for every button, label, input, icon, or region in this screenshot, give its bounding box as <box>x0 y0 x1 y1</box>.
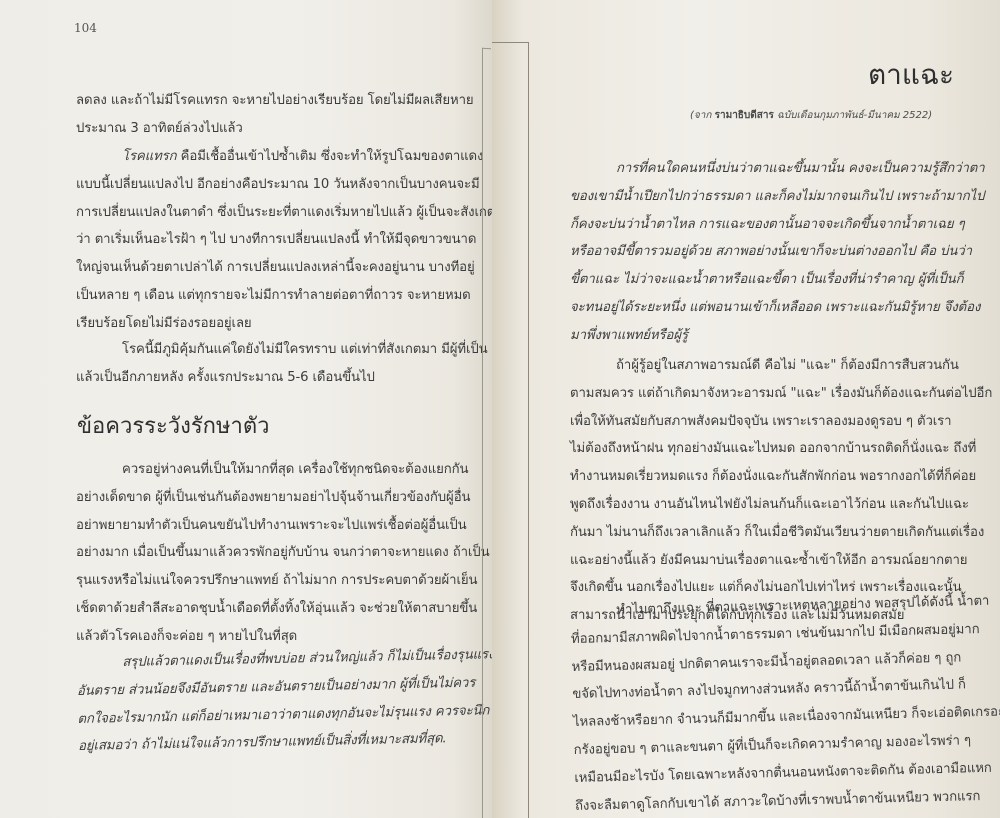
text-line: ว่า ตาเริ่มเห็นอะไรฝ้า ๆ ไป บางทีการเปลี… <box>76 226 492 254</box>
text-line: เรียบร้อยโดยไม่มีร่องรอยอยู่เลย <box>76 310 492 338</box>
article-source: (จาก รามาธิบดีสาร ฉบับเดือนกุมภาพันธ์-มี… <box>690 108 932 123</box>
paragraph-summary: สรุปแล้วตาแดงเป็นเรื่องที่พบบ่อย ส่วนใหญ… <box>76 641 492 761</box>
text-line: พูดถึงเรื่องงาน งานอันไหนไฟยังไม่ลนก้นก็… <box>570 491 992 519</box>
text-line: แฉะอย่างนี้แล้ว ยังมีคนมาบ่นเรื่องตาแฉะซ… <box>570 547 992 575</box>
text-line: หรืออาจมีขี้ตารวมอยู่ด้วย สภาพอย่างนั้นเ… <box>570 238 985 266</box>
italic-term: โรคแทรก <box>122 149 177 164</box>
text-line: กันมา ไม่นานก็ถึงเวลาเลิกแล้ว ก็ในเมื่อช… <box>570 519 992 547</box>
text-line: อย่างเด็ดขาด ผู้ที่เป็นเช่นกันต้องพยายาม… <box>76 484 490 512</box>
text-line: มาพึ่งพาแพทย์หรือผู้รู้ <box>570 322 985 350</box>
gutter-border-right <box>492 42 529 818</box>
text-line: ใหญ่จนเห็นด้วยตาเปล่าได้ การเปลี่ยนแปลงเ… <box>76 254 492 282</box>
text-line: ไม่ต้องถึงหน้าฝน ทุกอย่างมันแฉะไปหมด ออก… <box>570 435 992 463</box>
text-line: อย่างมาก เมื่อเป็นขึ้นมาแล้วควรพักอยู่กั… <box>76 539 490 567</box>
text-line: จะทนอยู่ได้ระยะหนึ่ง แต่พอนานเข้าก็เหลือ… <box>570 294 985 322</box>
publication-name: รามาธิบดีสาร <box>715 110 774 121</box>
text-line: แบบนี้เปลี่ยนแปลงไป อีกอย่างคือประมาณ 10… <box>76 171 492 199</box>
paragraph-causes: ทำไมตาถึงแฉะ ที่ตาแฉะเพราะเหตุหลายอย่าง … <box>570 587 1000 818</box>
text-line: โรคแทรก คือมีเชื้ออื่นเข้าไปซ้ำเติม ซึ่ง… <box>76 143 492 171</box>
gutter-border-left <box>482 48 491 818</box>
text-line: ประมาณ 3 อาทิตย์ล่วงไปแล้ว <box>76 115 474 143</box>
section-heading: ข้อควรระวังรักษาตัว <box>77 408 270 443</box>
paragraph-immunity: โรคนี้มีภูมิคุ้มกันแค่ใดยังไม่มีใครทราบ … <box>76 336 488 392</box>
text-line: ตามสมควร แต่ถ้าเกิดมาจังหวะอารมณ์ "แฉะ" … <box>570 380 992 408</box>
text-line: รุนแรงหรือไม่แน่ใจควรปรึกษาแพทย์ ถ้าไม่ม… <box>76 567 490 595</box>
text-line: การที่คนใดคนหนึ่งบ่นว่าตาแฉะขึ้นมานั้น ค… <box>570 155 985 183</box>
text-line: แล้วเป็นอีกภายหลัง ครั้งแรกประมาณ 5-6 เด… <box>76 364 488 392</box>
text-line: การเปลี่ยนแปลงในตาดำ ซึ่งเป็นระยะที่ตาแด… <box>76 199 492 227</box>
paragraph-recovery: ลดลง และถ้าไม่มีโรคแทรก จะหายไปอย่างเรีย… <box>76 87 474 143</box>
text-line: ลดลง และถ้าไม่มีโรคแทรก จะหายไปอย่างเรีย… <box>76 87 474 115</box>
paragraph-intro: การที่คนใดคนหนึ่งบ่นว่าตาแฉะขึ้นมานั้น ค… <box>570 155 985 350</box>
text-line: ขี้ตาแฉะ ไม่ว่าจะแฉะน้ำตาหรือแฉะขี้ตา เป… <box>570 266 985 294</box>
text-line: ควรอยู่ห่างคนที่เป็นให้มากที่สุด เครื่อง… <box>76 456 490 484</box>
text-line: โรคนี้มีภูมิคุ้มกันแค่ใดยังไม่มีใครทราบ … <box>76 336 488 364</box>
paragraph-precautions: ควรอยู่ห่างคนที่เป็นให้มากที่สุด เครื่อง… <box>76 456 490 651</box>
text-line: ของเขามีน้ำเปียกไปกว่าธรรมดา และก็คงไม่ม… <box>570 183 985 211</box>
article-title: ตาแฉะ <box>868 53 954 97</box>
left-page: 104 ลดลง และถ้าไม่มีโรคแทรก จะหายไปอย่าง… <box>0 0 492 818</box>
text-line: ถ้าผู้รู้อยู่ในสภาพอารมณ์ดี คือไม่ "แฉะ"… <box>570 352 992 380</box>
text-line: ก็คงจะบ่นว่าน้ำตาไหล การแฉะของตานั้นอาจจ… <box>570 211 985 239</box>
text-line: เพื่อให้ทันสมัยกับสภาพสังคมปัจจุบัน เพรา… <box>570 408 992 436</box>
text-line: ทำงานหมดเรี่ยวหมดแรง ก็ต้องนั่งแฉะกันสัก… <box>570 463 992 491</box>
text-line: เช็ดตาด้วยสำลีสะอาดชุบน้ำเดือดที่ตั้งทิ้… <box>76 595 490 623</box>
page-number: 104 <box>74 21 97 35</box>
paragraph-complications: โรคแทรก คือมีเชื้ออื่นเข้าไปซ้ำเติม ซึ่ง… <box>76 143 492 338</box>
text-line: เป็นหลาย ๆ เดือน แต่ทุกรายจะไม่มีการทำลา… <box>76 282 492 310</box>
text-line: อย่าพยายามทำตัวเป็นคนขยันไปทำงานเพราะจะไ… <box>76 512 490 540</box>
